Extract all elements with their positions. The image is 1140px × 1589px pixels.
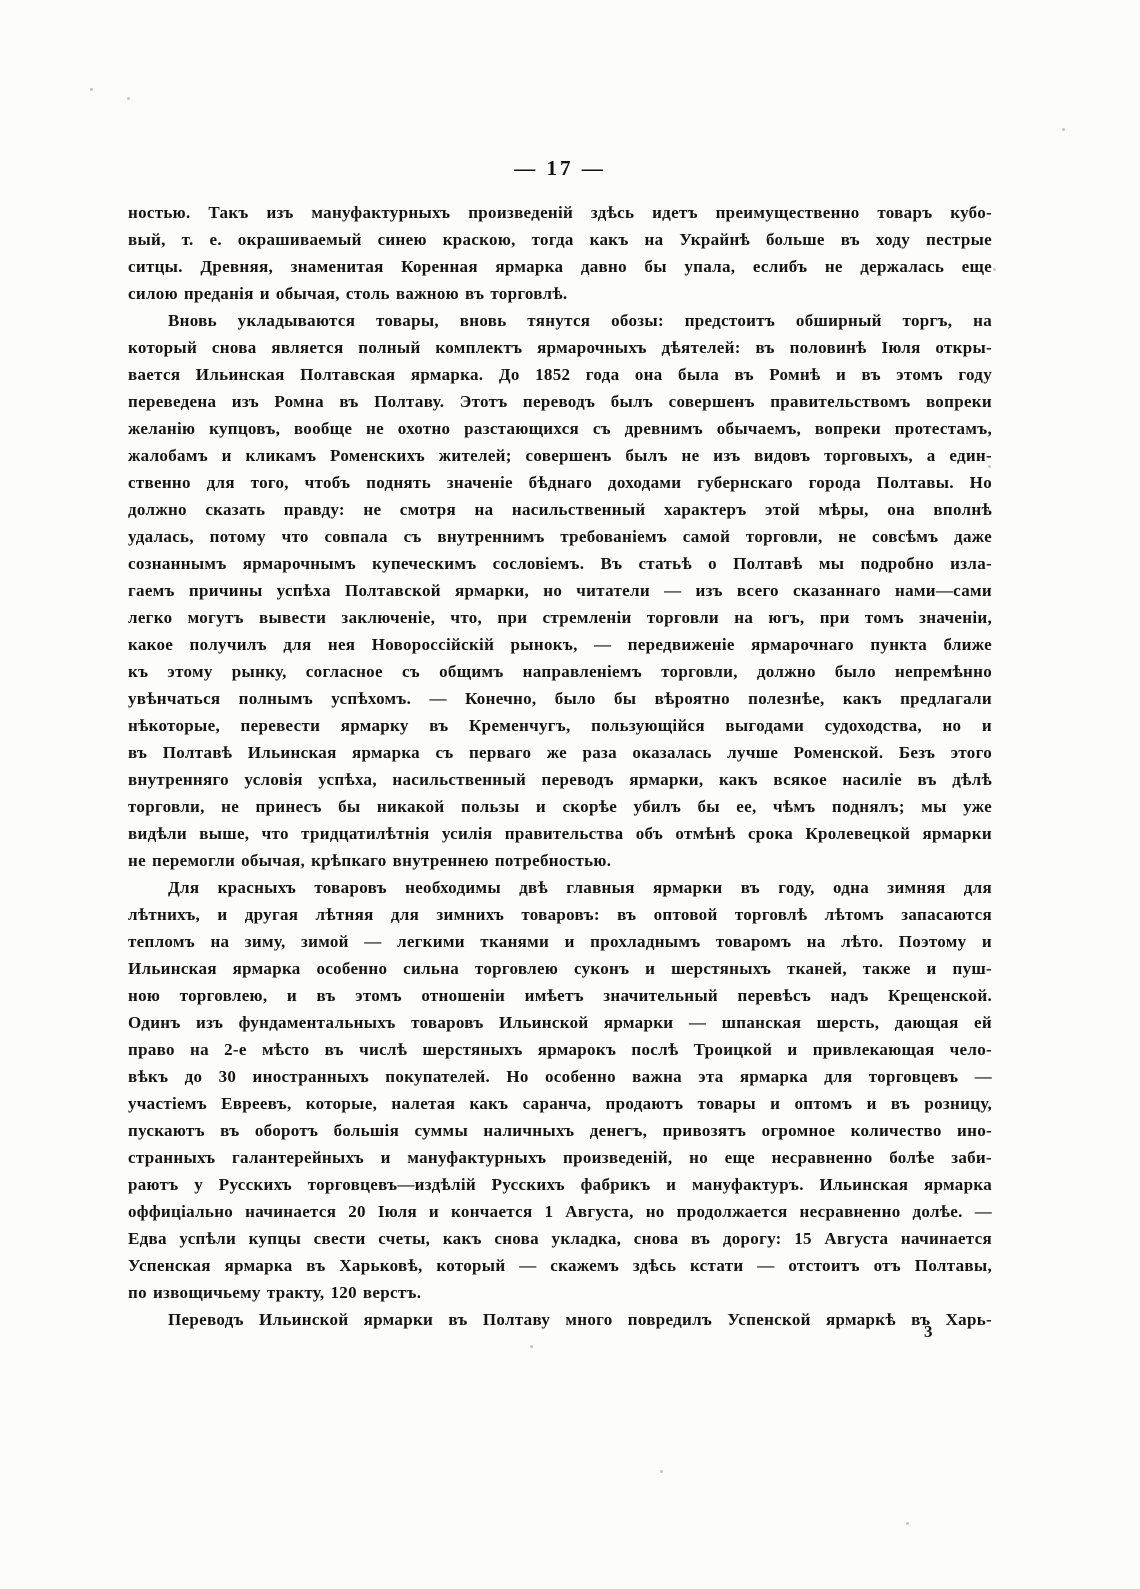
text-line: легко могутъ вывести заключеніе, что, пр…	[128, 604, 992, 631]
text-line: Для красныхъ товаровъ необходимы двѣ гла…	[128, 874, 992, 901]
text-line: не перемогли обычая, крѣпкаго внутреннею…	[128, 847, 992, 874]
text-line: вается Ильинская Полтавская ярмарка. До …	[128, 361, 992, 388]
text-line: Едва успѣли купцы свести счеты, какъ сно…	[128, 1225, 992, 1252]
page-number-header: — 17 —	[128, 156, 992, 181]
text-line: гаемъ причины успѣха Полтавской ярмарки,…	[128, 577, 992, 604]
book-page: — 17 — ностью. Такъ изъ мануфактурныхъ п…	[0, 0, 1140, 1589]
text-line: Вновь укладываются товары, вновь тянутся…	[128, 307, 992, 334]
text-line: ственно для того, чтобъ поднять значеніе…	[128, 469, 992, 496]
text-line: силою преданія и обычая, столь важною въ…	[128, 280, 992, 307]
text-line: который снова является полный комплектъ …	[128, 334, 992, 361]
scan-speck	[906, 1522, 909, 1525]
text-line: какое получилъ для нея Новороссійскій ры…	[128, 631, 992, 658]
text-line: раютъ у Русскихъ торговцевъ—издѣлій Русс…	[128, 1171, 992, 1198]
text-line: участіемъ Евреевъ, которые, налетая какъ…	[128, 1090, 992, 1117]
text-line: лѣтнихъ, и другая лѣтняя для зимнихъ тов…	[128, 901, 992, 928]
text-line: внутренняго условія успѣха, насильственн…	[128, 766, 992, 793]
text-line: вый, т. е. окрашиваемый синею краскою, т…	[128, 226, 992, 253]
text-line: должно сказать правду: не смотря на наси…	[128, 496, 992, 523]
text-line: Ильинская ярмарка особенно сильна торгов…	[128, 955, 992, 982]
scan-speck	[530, 1345, 533, 1348]
scan-speck	[90, 88, 93, 91]
scan-speck	[988, 465, 991, 468]
text-line: увѣнчаться полнымъ успѣхомъ. — Конечно, …	[128, 685, 992, 712]
text-line: пускаютъ въ оборотъ большія суммы наличн…	[128, 1117, 992, 1144]
scan-speck	[127, 97, 130, 100]
text-line: удалась, потому что совпала съ внутренни…	[128, 523, 992, 550]
scan-speck	[993, 268, 996, 271]
text-line: въ Полтавѣ Ильинская ярмарка съ перваго …	[128, 739, 992, 766]
text-line: Одинъ изъ фундаментальныхъ товаровъ Ильи…	[128, 1009, 992, 1036]
text-line: къ этому рынку, согласное съ общимъ напр…	[128, 658, 992, 685]
text-line: ною торговлею, и въ этомъ отношеніи имѣе…	[128, 982, 992, 1009]
text-line: тепломъ на зиму, зимой — легкими тканями…	[128, 928, 992, 955]
scan-speck	[1062, 128, 1065, 131]
text-line: Переводъ Ильинской ярмарки въ Полтаву мн…	[128, 1306, 992, 1333]
text-line: торговли, не принесъ бы никакой пользы и…	[128, 793, 992, 820]
text-line: жалобамъ и кликамъ Роменскихъ жителей; с…	[128, 442, 992, 469]
text-line: вѣкъ до 30 иностранныхъ покупателей. Но …	[128, 1063, 992, 1090]
text-line: переведена изъ Ромна въ Полтаву. Этотъ п…	[128, 388, 992, 415]
text-line: Успенская ярмарка въ Харьковѣ, который —…	[128, 1252, 992, 1279]
text-line: по извощичьему тракту, 120 верстъ.	[128, 1279, 992, 1306]
text-line: сознаннымъ ярмарочнымъ купеческимъ сосло…	[128, 550, 992, 577]
text-line: желанію купцовъ, вообще не охотно разста…	[128, 415, 992, 442]
text-line: ностью. Такъ изъ мануфактурныхъ произвед…	[128, 199, 992, 226]
signature-mark: 3	[924, 1322, 933, 1342]
scan-speck	[660, 1470, 663, 1473]
text-line: видѣли выше, что тридцатилѣтнія усилія п…	[128, 820, 992, 847]
text-line: ситцы. Древняя, знаменитая Коренная ярма…	[128, 253, 992, 280]
text-block: ностью. Такъ изъ мануфактурныхъ произвед…	[128, 199, 992, 1333]
text-line: оффиціально начинается 20 Іюля и кончает…	[128, 1198, 992, 1225]
text-line: нѣкоторые, перевести ярмарку въ Кременчу…	[128, 712, 992, 739]
text-line: странныхъ галантерейныхъ и мануфактурных…	[128, 1144, 992, 1171]
text-line: право на 2-е мѣсто въ числѣ шерстяныхъ я…	[128, 1036, 992, 1063]
